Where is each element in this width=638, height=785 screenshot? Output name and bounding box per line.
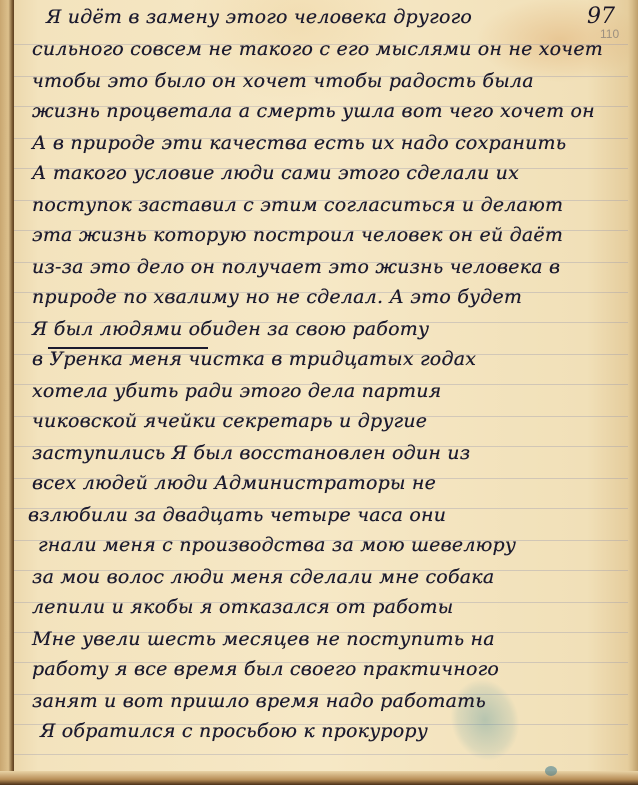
- text-line: из-за это дело он получает это жизнь чел…: [32, 256, 560, 278]
- text-line: занят и вот пришло время надо работать: [32, 690, 486, 712]
- text-line: лепили и якобы я отказался от работы: [32, 596, 453, 618]
- text-line: Я обратился с просьбою к прокурору: [40, 720, 428, 742]
- page-bottom-edge: [0, 771, 638, 785]
- ink-spot: [545, 766, 557, 776]
- binding-edge: [0, 0, 14, 785]
- text-line: А в природе эти качества есть их надо со…: [32, 132, 566, 154]
- page-number: 97: [587, 4, 615, 29]
- text-line: гнали меня с производства за мою шевелюр…: [38, 534, 516, 556]
- text-line: чтобы это было он хочет чтобы радость бы…: [32, 70, 534, 92]
- text-line: в Уренка меня чистка в тридцатых годах: [32, 348, 476, 370]
- text-line: заступились Я был восстановлен один из: [32, 442, 470, 464]
- underline-mark: [48, 347, 208, 349]
- text-line: за мои волос люди меня сделали мне собак…: [32, 566, 494, 588]
- text-line: Я был людями обиден за свою работу: [32, 318, 429, 340]
- page-right-edge: [628, 0, 638, 785]
- text-line: Мне увели шесть месяцев не поступить на: [32, 628, 495, 650]
- text-line: Я идёт в замену этого человека другого: [46, 6, 472, 28]
- notebook-page: 97 110 Я идёт в замену этого человека др…: [0, 0, 638, 785]
- text-line: сильного совсем не такого с его мыслями …: [32, 38, 603, 60]
- text-line: эта жизнь которую построил человек он ей…: [32, 224, 563, 246]
- text-line: А такого условие люди сами этого сделали…: [32, 162, 519, 184]
- text-line: всех людей люди Администраторы не: [32, 472, 436, 494]
- text-line: жизнь процветала а смерть ушла вот чего …: [32, 100, 595, 122]
- text-line: работу я все время был своего практичног…: [32, 658, 499, 680]
- text-line: поступок заставил с этим согласиться и д…: [32, 194, 563, 216]
- text-line: чиковской ячейки секретарь и другие: [32, 410, 427, 432]
- text-line: природе по хвалиму но не сделал. А это б…: [32, 286, 522, 308]
- text-line: хотела убить ради этого дела партия: [32, 380, 441, 402]
- text-line: взлюбили за двадцать четыре часа они: [28, 504, 446, 526]
